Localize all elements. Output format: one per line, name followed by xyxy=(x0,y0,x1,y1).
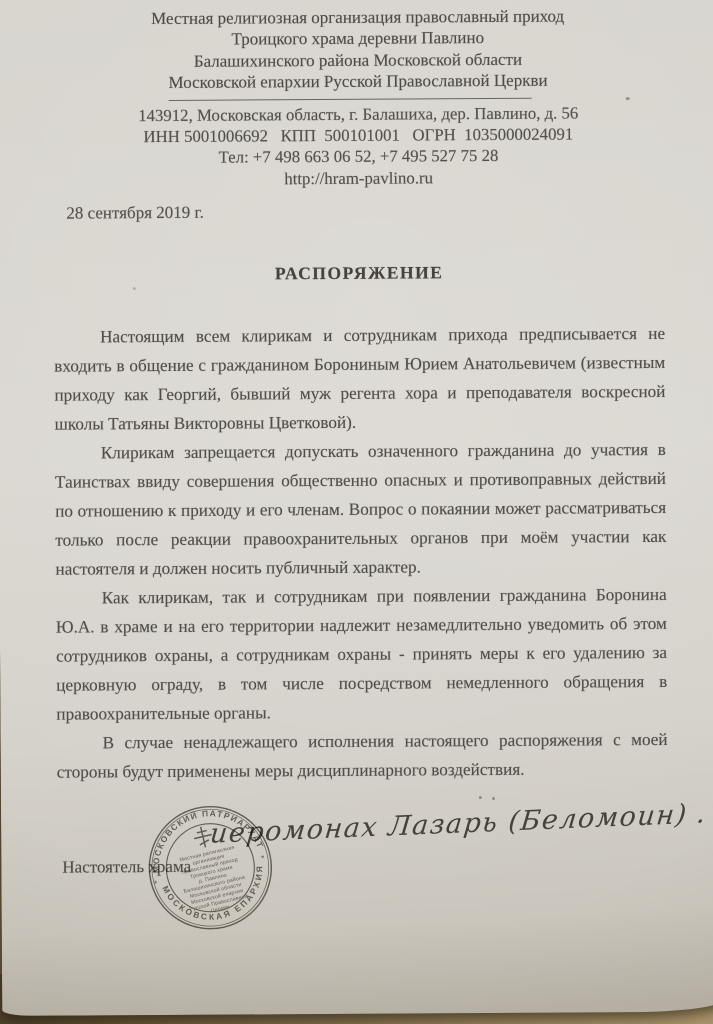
website-line: http://hram-pavlino.ru xyxy=(53,166,664,191)
handwritten-signature: иеромонах Лазарь (Беломоин). xyxy=(209,799,682,849)
document-body: Настоящим всем клирикам и сотрудникам пр… xyxy=(54,319,668,787)
photo-of-document: { "document": { "letterhead": { "org_lin… xyxy=(0,0,713,1024)
body-paragraph: В случае ненадлежащего исполнения настоя… xyxy=(56,725,667,787)
document-page: Местная религиозная организация правосла… xyxy=(0,0,713,1016)
paper-speck xyxy=(479,796,482,799)
document-date: 28 сентября 2019 г. xyxy=(66,200,664,224)
orthodox-cross-icon xyxy=(192,825,214,850)
stamp-star-right-icon: * xyxy=(260,853,266,864)
document-content: Местная религиозная организация правосла… xyxy=(0,0,713,787)
paper-speck xyxy=(626,97,630,100)
registration-line: ИНН 5001006692 КПП 500101001 ОГРН 103500… xyxy=(53,123,664,148)
letterhead: Местная религиозная организация правосла… xyxy=(52,5,664,94)
body-paragraph: Настоящим всем клирикам и сотрудникам пр… xyxy=(54,319,666,439)
church-stamp: МОСКОВСКИЙ ПАТРИАРХАТ МОСКОВСКАЯ ЕПАРХИЯ… xyxy=(147,804,274,931)
body-paragraph: Как клирикам, так и сотрудникам при появ… xyxy=(56,580,668,729)
letterhead-line: Московской епархии Русской Православной … xyxy=(52,69,663,94)
body-paragraph: Клирикам запрещается допускать означенно… xyxy=(55,435,667,584)
contacts-block: 143912, Московская область, г. Балашиха,… xyxy=(53,102,665,191)
paper-speck xyxy=(492,797,495,800)
stamp-star-left-icon: * xyxy=(153,878,159,889)
signature-text: иеромонах Лазарь (Беломоин) xyxy=(209,799,690,850)
signature-end-mark: . xyxy=(695,798,708,830)
letterhead-divider xyxy=(169,97,532,100)
paper-speck xyxy=(133,287,136,290)
document-title: РАСПОРЯЖЕНИЕ xyxy=(54,261,665,286)
